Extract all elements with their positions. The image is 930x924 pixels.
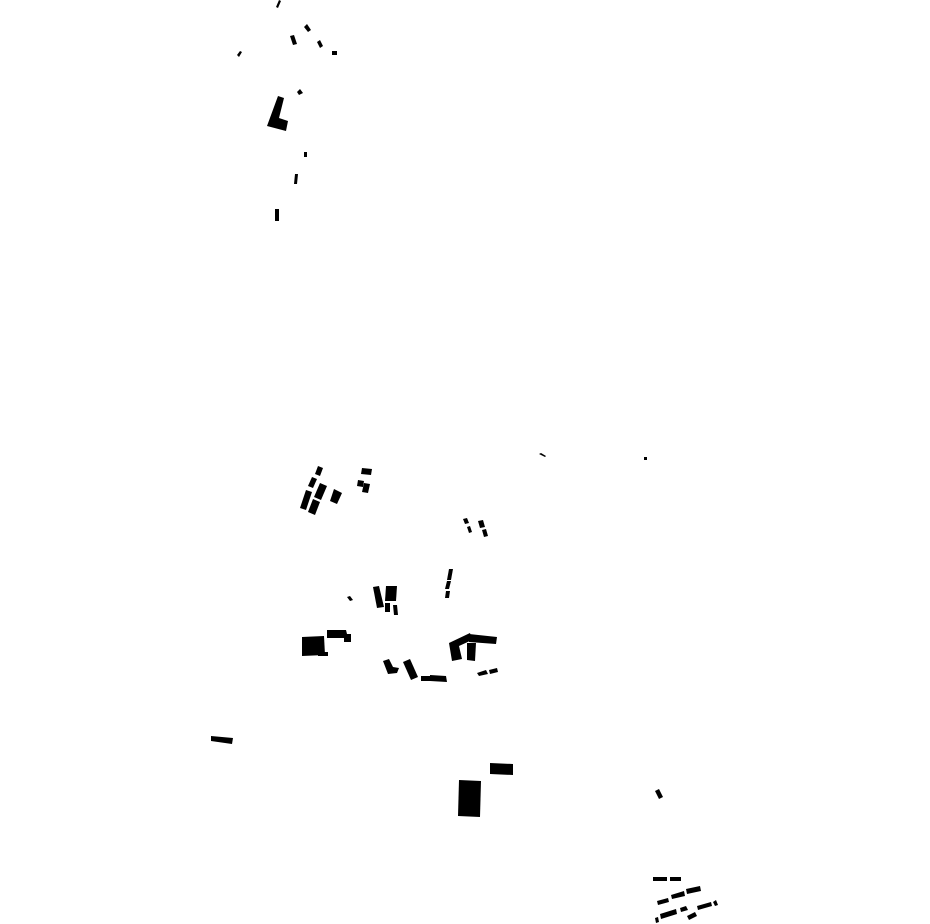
building-footprint [660, 909, 677, 919]
building-footprint [357, 480, 364, 487]
building-footprint [237, 51, 242, 57]
south-cluster [211, 736, 718, 923]
building-footprint [308, 499, 320, 515]
building-footprint [308, 477, 317, 488]
building-footprint [304, 152, 307, 157]
building-footprint [644, 457, 647, 460]
building-footprint [327, 630, 351, 642]
building-footprint [267, 96, 288, 131]
building-footprint [447, 569, 453, 580]
building-footprint [469, 634, 497, 644]
building-footprint [653, 877, 667, 881]
building-footprint [297, 89, 303, 95]
building-footprint [314, 483, 327, 500]
building-footprint [467, 526, 472, 533]
building-footprint [347, 596, 353, 601]
building-footprint [467, 643, 476, 661]
building-footprint [489, 668, 498, 674]
building-footprint [317, 40, 323, 48]
building-footprint [445, 581, 451, 589]
building-footprint [332, 51, 337, 55]
building-footprint [680, 906, 688, 912]
building-footprint [393, 605, 398, 615]
building-footprint [655, 917, 659, 923]
building-footprint [478, 520, 485, 528]
building-footprint [445, 591, 450, 598]
building-footprint [385, 586, 397, 601]
building-footprint [294, 174, 298, 184]
building-footprint [385, 603, 390, 612]
building-footprint [318, 652, 328, 656]
building-footprint [458, 780, 481, 817]
building-footprint [463, 518, 469, 524]
building-footprint [430, 675, 447, 682]
building-footprint [686, 886, 701, 894]
building-footprint-map[interactable] [0, 0, 930, 924]
building-footprint [670, 877, 681, 881]
building-footprint [403, 659, 418, 680]
building-footprint [290, 35, 297, 45]
building-footprint [697, 902, 712, 910]
building-footprint [482, 529, 488, 537]
building-footprint [211, 736, 233, 744]
building-footprint [671, 891, 685, 899]
map-canvas[interactable] [0, 0, 930, 924]
north-cluster [237, 0, 337, 221]
building-footprint [315, 466, 323, 476]
building-footprint [330, 489, 342, 504]
building-footprint [539, 453, 546, 457]
central-cluster [300, 453, 647, 682]
building-footprint [713, 900, 718, 906]
building-footprint [383, 659, 399, 674]
building-footprint [373, 586, 384, 608]
building-footprint [687, 912, 697, 920]
building-footprint [275, 209, 279, 221]
building-footprint [655, 789, 663, 799]
building-footprint [361, 468, 372, 475]
building-footprint [304, 24, 311, 32]
building-footprint [490, 763, 513, 775]
building-footprint [477, 670, 488, 676]
building-footprint [657, 898, 669, 905]
building-footprint [276, 0, 281, 8]
